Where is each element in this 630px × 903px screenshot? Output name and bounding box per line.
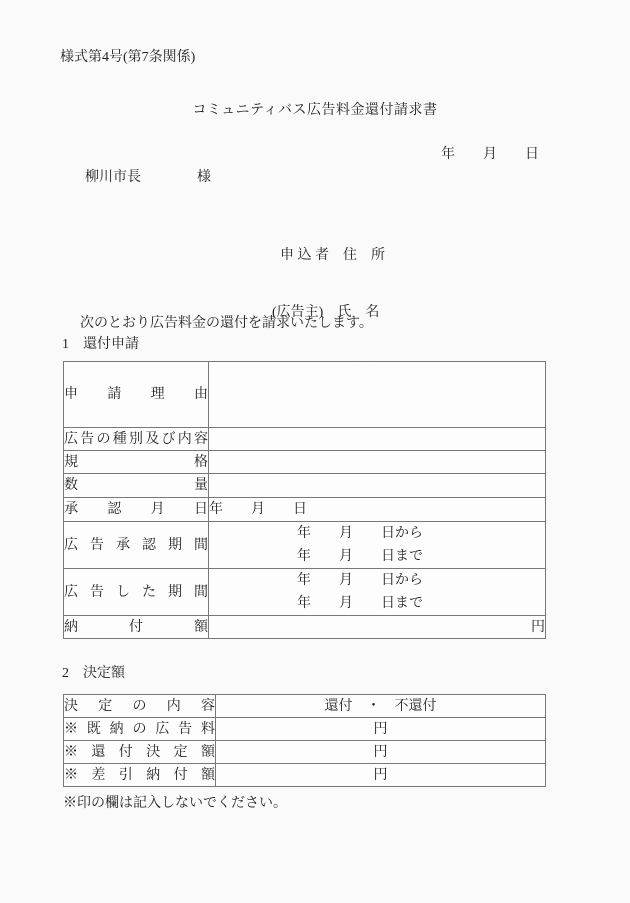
table-row: 申請理由 (64, 362, 546, 428)
section1-heading: 1 還付申請 (62, 337, 139, 352)
table-row: ※還付決定額 円 (64, 741, 546, 764)
table-row: 数量 (64, 474, 546, 498)
field-paid-amount-yen: 円 (209, 616, 546, 639)
applicant-address-line: 申 込 者 住 所 (272, 242, 463, 269)
label-advertised-period: 広告した期間 (64, 569, 209, 616)
label-application-reason: 申請理由 (64, 362, 209, 428)
label-decision-content: 決定の内容 (64, 695, 216, 718)
field-specification (209, 451, 546, 474)
refund-request-form-document: 様式第4号(第7条関係) コミュニティバス広告料金還付請求書 年 月 日 柳川市… (0, 0, 630, 903)
footnote-do-not-fill: ※印の欄は記入しないでください。 (63, 796, 287, 811)
date-line: 年 月 日 (441, 147, 539, 162)
approved-period-from: 年 月 日から (209, 522, 545, 545)
decision-amount-table: 決定の内容 還付 ・ 不還付 ※既納の広告料 円 ※還付決定額 円 ※差引納付額… (63, 694, 546, 787)
table-row: 規格 (64, 451, 546, 474)
field-quantity (209, 474, 546, 498)
label-approved-period: 広告承認期間 (64, 522, 209, 569)
label-quantity: 数量 (64, 474, 209, 498)
form-number: 様式第4号(第7条関係) (60, 50, 195, 65)
label-refund-decided-amount: ※還付決定額 (64, 741, 216, 764)
table-row: 広告承認期間 年 月 日から 年 月 日まで (64, 522, 546, 569)
table-row: ※差引納付額 円 (64, 764, 546, 787)
field-paid-ad-fee-yen: 円 (216, 718, 546, 741)
table-row: 広告の種別及び内容 (64, 428, 546, 451)
field-advertised-period: 年 月 日から 年 月 日まで (209, 569, 546, 616)
label-paid-amount: 納付額 (64, 616, 209, 639)
field-approval-date: 年 月 日 (209, 498, 546, 522)
approved-period-to: 年 月 日まで (209, 545, 545, 568)
table-row: ※既納の広告料 円 (64, 718, 546, 741)
field-refund-or-not: 還付 ・ 不還付 (216, 695, 546, 718)
refund-application-table: 申請理由 広告の種別及び内容 規格 数量 承認月日 年 月 日 広告承認期間 年… (63, 361, 546, 639)
label-approval-date: 承認月日 (64, 498, 209, 522)
intro-sentence: 次のとおり広告料金の還付を請求いたします。 (80, 316, 373, 331)
field-approved-period: 年 月 日から 年 月 日まで (209, 522, 546, 569)
document-title: コミュニティバス広告料金還付請求書 (0, 103, 630, 118)
table-row: 広告した期間 年 月 日から 年 月 日まで (64, 569, 546, 616)
advertised-period-to: 年 月 日まで (209, 592, 545, 615)
table-row: 決定の内容 還付 ・ 不還付 (64, 695, 546, 718)
field-application-reason (209, 362, 546, 428)
label-specification: 規格 (64, 451, 209, 474)
label-paid-ad-fee: ※既納の広告料 (64, 718, 216, 741)
table-row: 納付額 円 (64, 616, 546, 639)
table-row: 承認月日 年 月 日 (64, 498, 546, 522)
field-refund-decided-amount-yen: 円 (216, 741, 546, 764)
addressee-mayor: 柳川市長 様 (85, 170, 211, 185)
advertised-period-from: 年 月 日から (209, 569, 545, 592)
field-balance-payment-amount-yen: 円 (216, 764, 546, 787)
label-ad-type-content: 広告の種別及び内容 (64, 428, 209, 451)
section2-heading: 2 決定額 (62, 666, 125, 681)
label-balance-payment-amount: ※差引納付額 (64, 764, 216, 787)
field-ad-type-content (209, 428, 546, 451)
